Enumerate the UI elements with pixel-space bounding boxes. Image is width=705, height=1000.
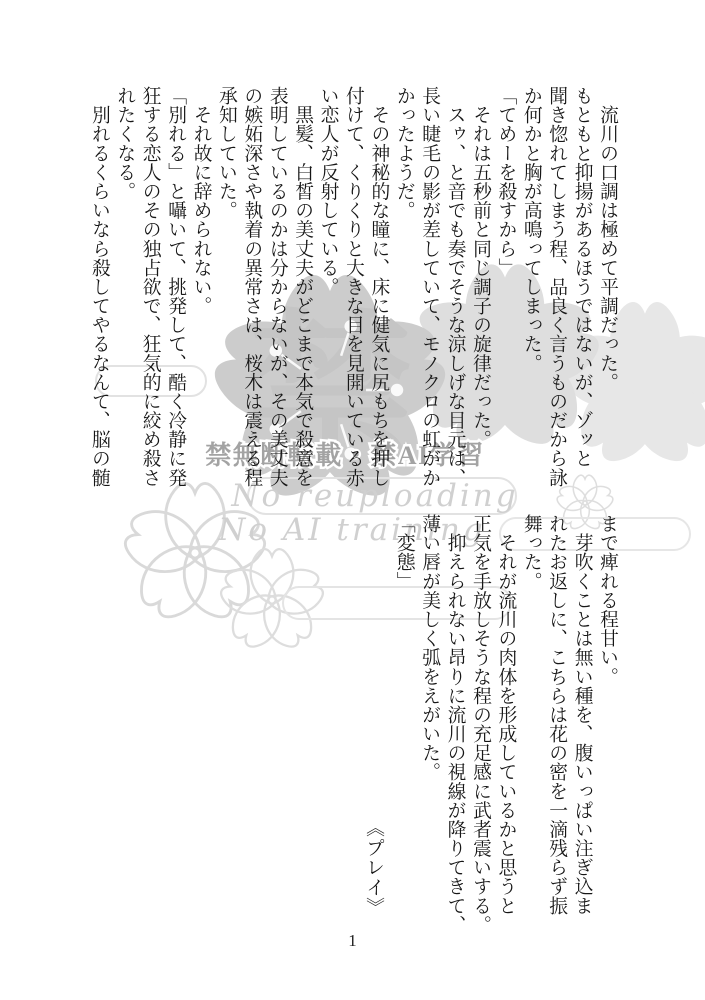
text-column: それが流川の肉体を形成しているかと思うと: [493, 514, 518, 912]
text-column: 別れるくらいなら殺してやるなんて、脳の髄: [86, 86, 111, 484]
text-column: か何かと胸が高鳴ってしまった。: [518, 86, 543, 484]
text-column: それは五秒前と同じ調子の旋律だった。: [468, 86, 493, 484]
text-column: 黒髪、白皙の美丈夫がどこまで本気で殺意を: [290, 86, 315, 484]
text-column: 表明しているのかは分からないが、その美丈夫: [264, 86, 289, 484]
sakura-outline-icon: [120, 483, 270, 626]
text-column: の嫉妬深さや執着の異常さは、桜木は震える程: [239, 86, 264, 484]
text-column: 薄い唇が美しく弧をえがいた。: [417, 514, 442, 912]
text-column: 流川の口調は極めて平調だった。: [595, 86, 620, 484]
text-column: 狂する恋人のその独占欲で、狂気的に絞め殺さ: [137, 86, 162, 484]
text-column: スゥ、と音でも奏でそうな涼しげな目元は、: [442, 86, 467, 484]
text-column: 「別れる」と囁いて、挑発して、酷く冷静に発: [163, 86, 188, 484]
text-column: 芽吹くことは無い種を、腹いっぱい注ぎ込ま: [569, 514, 594, 912]
text-column: 長い睫毛の影が差していて、モノクロの虹がか: [417, 86, 442, 484]
text-column: 舞った。: [518, 514, 543, 912]
text-block-bottom: まで痺れる程甘い。 芽吹くことは無い種を、腹いっぱい注ぎ込ま れたお返しに、こち…: [391, 514, 620, 912]
text-column: それ故に辞められない。: [188, 86, 213, 484]
text-column: 聞き惚れてしまう程、品良く言うものだから詠: [544, 86, 569, 484]
text-column: 「変態」: [391, 514, 416, 912]
text-column: まで痺れる程甘い。: [595, 514, 620, 912]
text-column: かったようだ。: [391, 86, 416, 484]
text-column: れたお返しに、こちらは花の密を一滴残らず振: [544, 514, 569, 912]
text-column: その神秘的な瞳に、床に健気に尻もちを押し: [366, 86, 391, 484]
text-column: 付けて、くりくりと大きな目を見開いている赤: [341, 86, 366, 484]
text-column: 「てめーを殺すから」: [493, 86, 518, 484]
text-column: 正気を手放しそうな程の充足感に武者震いする。: [468, 514, 493, 912]
text-column: 抑えられない昂りに流川の視線が降りてきて、: [442, 514, 467, 912]
page-number: 1: [0, 931, 705, 951]
section-title: 《プレイ》: [360, 818, 387, 928]
text-column: 承知していた。: [214, 86, 239, 484]
text-column: い恋人が反射している。: [315, 86, 340, 484]
text-column: れたくなる。: [112, 86, 137, 484]
sakura-outline-icon: [217, 549, 327, 654]
text-column: もともと抑揚があるほうではないが、ゾッと: [569, 86, 594, 484]
document-page: 禁 禁無断転載・禁AI学習 No reuploading No AI train…: [0, 0, 705, 1000]
text-block-top: 流川の口調は極めて平調だった。 もともと抑揚があるほうではないが、ゾッと 聞き惚…: [86, 86, 620, 484]
